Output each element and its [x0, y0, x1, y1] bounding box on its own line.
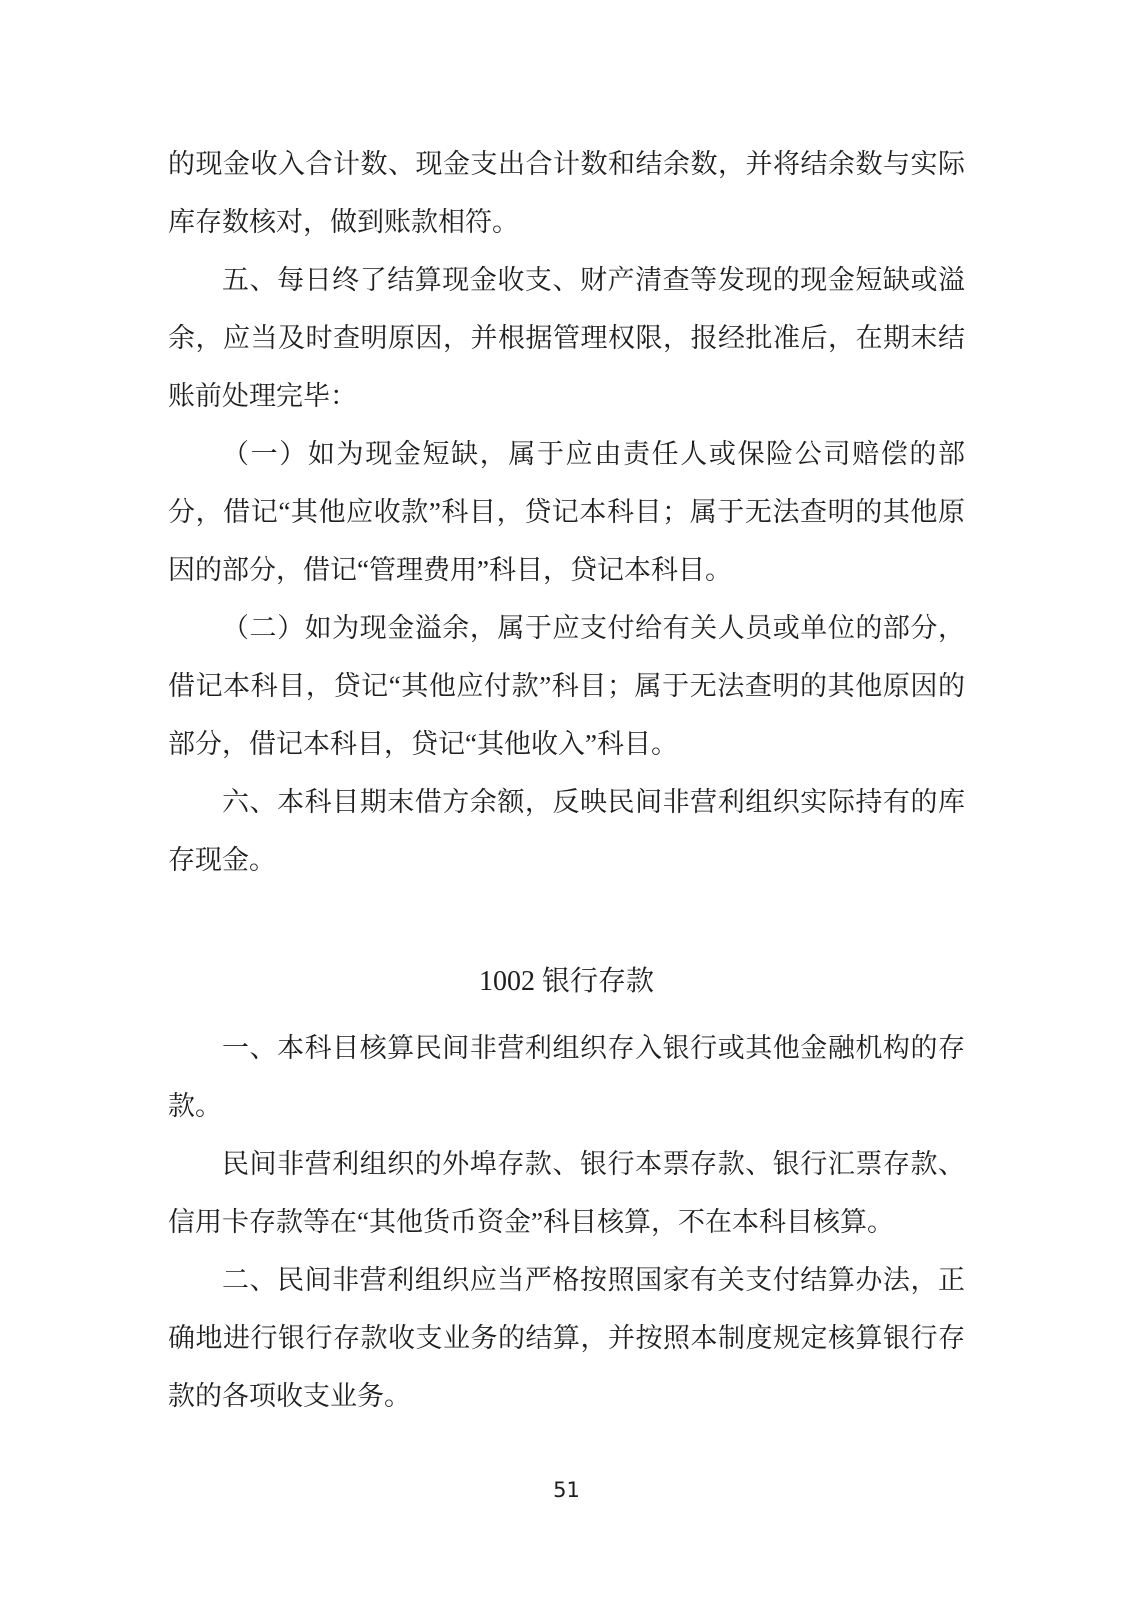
paragraph-item-six-ending-debit-balance: 六、本科目期末借方余额，反映民间非营利组织实际持有的库存现金。 — [168, 773, 965, 889]
page-number: 51 — [553, 1478, 580, 1502]
paragraph-item-two-settlement-rules: 二、民间非营利组织应当严格按照国家有关支付结算办法，正确地进行银行存款收支业务的… — [168, 1251, 965, 1425]
page-footer: 51 — [168, 1478, 965, 1502]
paragraph-subitem-one-cash-shortage: （一）如为现金短缺，属于应由责任人或保险公司赔偿的部分，借记“其他应收款”科目，… — [168, 425, 965, 599]
paragraph-item-one-account-scope: 一、本科目核算民间非营利组织存入银行或其他金融机构的存款。 — [168, 1019, 965, 1135]
document-body: 的现金收入合计数、现金支出合计数和结余数，并将结余数与实际库存数核对，做到账款相… — [168, 135, 965, 1425]
paragraph-cash-totals-continuation: 的现金收入合计数、现金支出合计数和结余数，并将结余数与实际库存数核对，做到账款相… — [168, 135, 965, 251]
paragraph-item-five-daily-settlement: 五、每日终了结算现金收支、财产清查等发现的现金短缺或溢余，应当及时查明原因，并根… — [168, 251, 965, 425]
paragraph-subitem-two-cash-overage: （二）如为现金溢余，属于应支付给有关人员或单位的部分，借记本科目，贷记“其他应付… — [168, 599, 965, 773]
document-page: 的现金收入合计数、现金支出合计数和结余数，并将结余数与实际库存数核对，做到账款相… — [0, 0, 1131, 1600]
section-heading-1002-bank-deposits: 1002 银行存款 — [168, 953, 965, 1011]
paragraph-other-monetary-funds-exclusion: 民间非营利组织的外埠存款、银行本票存款、银行汇票存款、信用卡存款等在“其他货币资… — [168, 1135, 965, 1251]
